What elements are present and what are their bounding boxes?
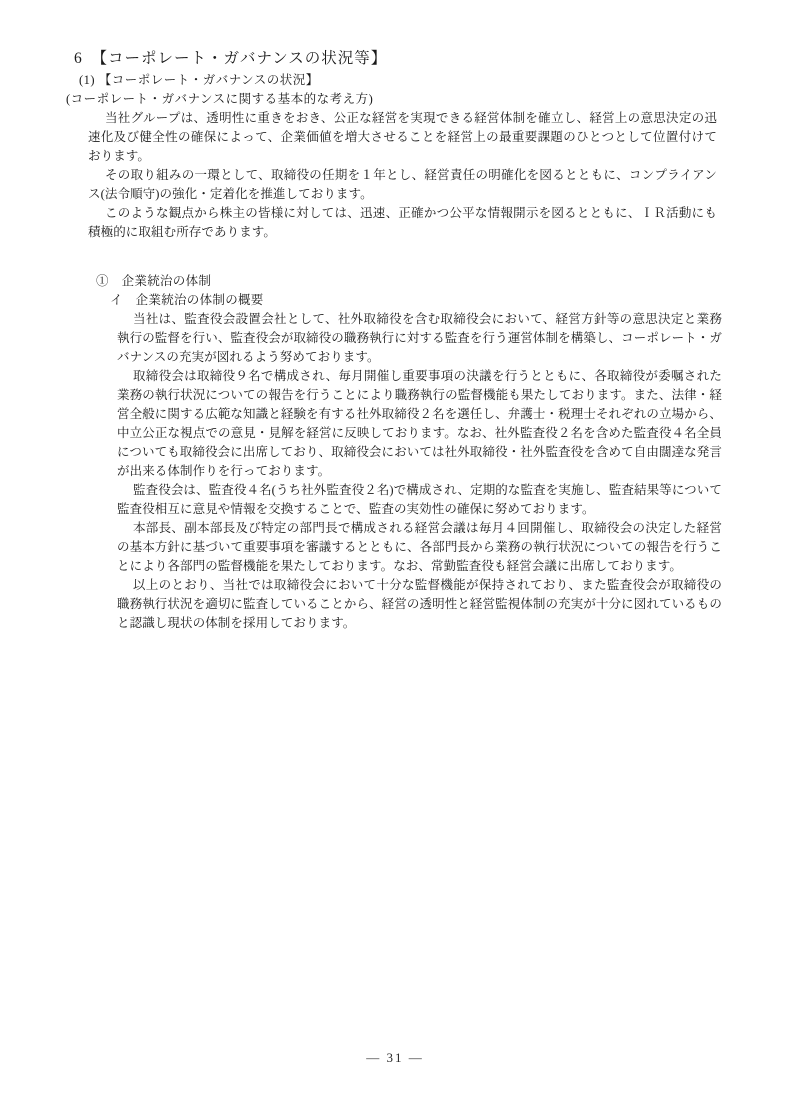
subsection-heading: (1) 【コーポレート・ガバナンスの状況】 bbox=[79, 71, 724, 90]
item-1-sub-heading: イ 企業統治の体制の概要 bbox=[110, 291, 724, 310]
document-page: 6 【コーポレート・ガバナンスの状況等】 (1) 【コーポレート・ガバナンスの状… bbox=[0, 0, 790, 1118]
governance-paragraph-5: 以上のとおり、当社では取締役会において十分な監督機能が保持されており、また監査役… bbox=[117, 576, 722, 633]
page-number: ― 31 ― bbox=[0, 1048, 790, 1067]
intro-paragraph-1: 当社グループは、透明性に重きをおき、公正な経営を実現できる経営体制を確立し、経営… bbox=[88, 109, 717, 166]
governance-paragraph-4: 本部長、副本部長及び特定の部門長で構成される経営会議は毎月４回開催し、取締役会の… bbox=[117, 519, 722, 576]
item-1-heading: ① 企業統治の体制 bbox=[96, 272, 724, 291]
section-heading: 6 【コーポレート・ガバナンスの状況等】 bbox=[74, 47, 724, 70]
intro-paragraph-2: その取り組みの一環として、取締役の任期を１年とし、経営責任の明確化を図るとともに… bbox=[88, 166, 717, 204]
policy-note-heading: (コーポレート・ガバナンスに関する基本的な考え方) bbox=[66, 90, 724, 109]
governance-paragraph-1: 当社は、監査役会設置会社として、社外取締役を含む取締役会において、経営方針等の意… bbox=[117, 310, 722, 367]
governance-paragraph-2: 取締役会は取締役９名で構成され、毎月開催し重要事項の決議を行うとともに、各取締役… bbox=[117, 367, 722, 481]
intro-paragraph-3: このような観点から株主の皆様に対しては、迅速、正確かつ公平な情報開示を図るととも… bbox=[88, 204, 717, 242]
governance-paragraph-3: 監査役会は、監査役４名(うち社外監査役２名)で構成され、定期的な監査を実施し、監… bbox=[117, 481, 722, 519]
